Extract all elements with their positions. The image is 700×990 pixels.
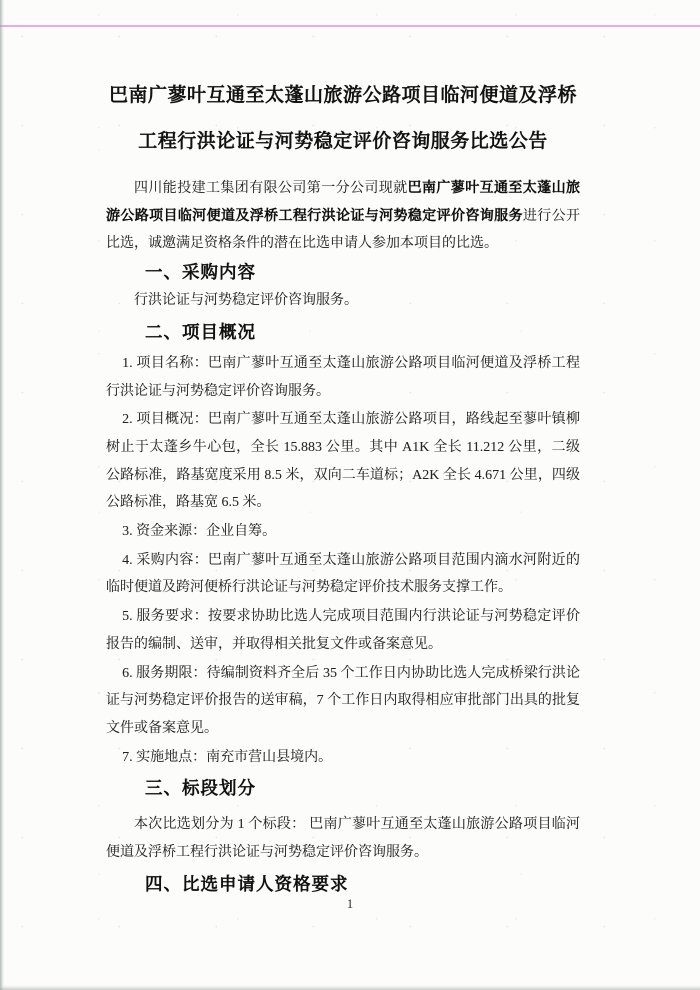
project-item-1-name: 1. 项目名称：巴南广蓼叶互通至太蓬山旅游公路项目临河便道及浮桥工程行洪论证与河… <box>106 350 580 405</box>
scanned-document-page: 巴南广蓼叶互通至太蓬山旅游公路项目临河便道及浮桥工程行洪论证与河势稳定评价咨询服… <box>0 0 700 990</box>
lot-division-paragraph: 本次比选划分为 1 个标段： 巴南广蓼叶互通至太蓬山旅游公路项目临河便道及浮桥工… <box>106 811 580 866</box>
section-heading-applicant-qualifications: 四、比选申请人资格要求 <box>106 870 580 898</box>
project-item-5-service-requirements: 5. 服务要求：按要求协助比选人完成项目范围内行洪论证与河势稳定评价报告的编制、… <box>106 603 580 658</box>
project-item-3-funding: 3. 资金来源：企业自筹。 <box>106 518 580 546</box>
scan-edge-bottom <box>0 985 700 990</box>
document-title: 巴南广蓼叶互通至太蓬山旅游公路项目临河便道及浮桥工程行洪论证与河势稳定评价咨询服… <box>106 73 580 165</box>
project-item-6-service-period: 6. 服务期限：待编制资料齐全后 35 个工作日内协助比选人完成桥梁行洪论证与河… <box>106 660 580 743</box>
intro-prefix: 四川能投建工集团有限公司第一分公司现就 <box>134 181 408 196</box>
scan-edge-left <box>0 0 4 990</box>
project-item-7-location: 7. 实施地点：南充市营山县境内。 <box>106 744 580 772</box>
intro-paragraph: 四川能投建工集团有限公司第一分公司现就巴南广蓼叶互通至太蓬山旅游公路项目临河便道… <box>106 175 580 258</box>
project-item-4-scope: 4. 采购内容：巴南广蓼叶互通至太蓬山旅游公路项目范围内滴水河附近的临时便道及跨… <box>106 547 580 602</box>
section-heading-lot-division: 三、标段划分 <box>106 774 580 802</box>
page-number: 1 <box>0 897 700 912</box>
section-heading-procurement-content: 一、采购内容 <box>106 258 580 286</box>
section-heading-project-overview: 二、项目概况 <box>106 318 580 346</box>
project-item-2-overview: 2. 项目概况：巴南广蓼叶互通至太蓬山旅游公路项目，路线起至蓼叶镇柳树止于太蓬乡… <box>106 406 580 517</box>
procurement-content-paragraph: 行洪论证与河势稳定评价咨询服务。 <box>106 287 580 315</box>
document-content: 巴南广蓼叶互通至太蓬山旅游公路项目临河便道及浮桥工程行洪论证与河势稳定评价咨询服… <box>106 0 580 898</box>
